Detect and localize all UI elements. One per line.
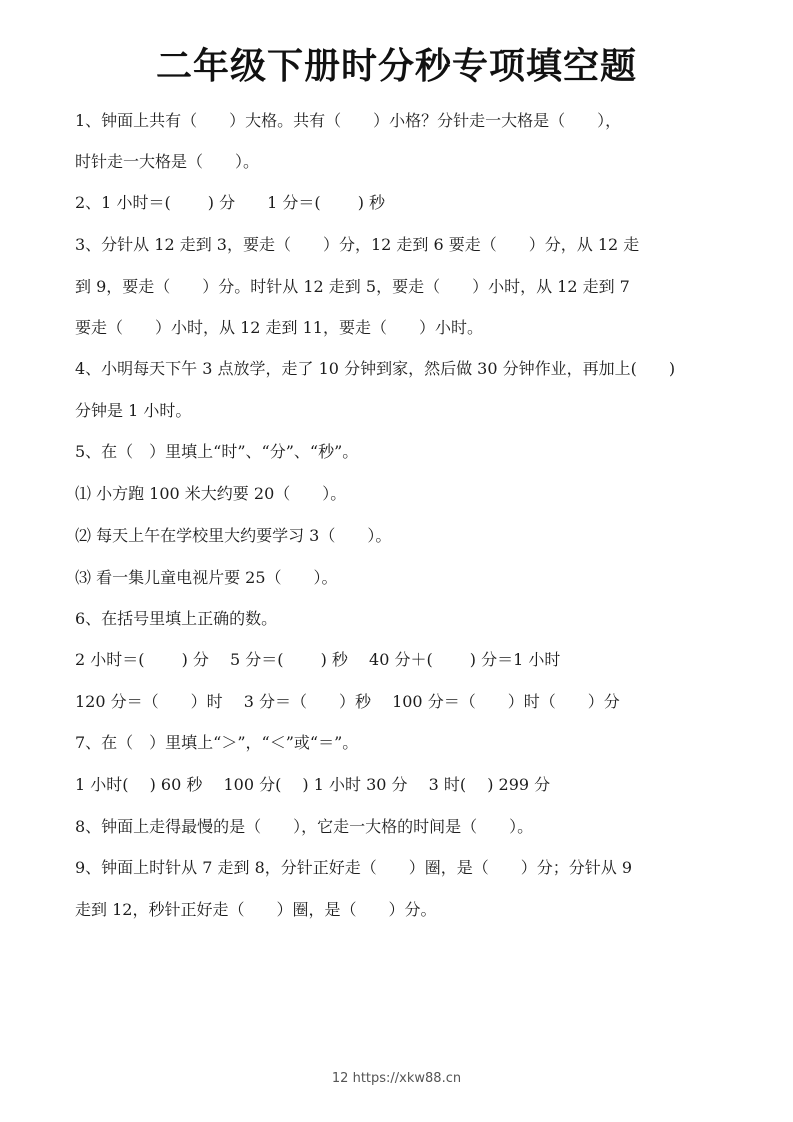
question-line: 1 小时( ) 60 秒 100 分( ) 1 小时 30 分 3 时( ) 2… (75, 775, 550, 795)
question-line: ⑵ 每天上午在学校里大约要学习 3（ ）。 (75, 526, 391, 546)
question-line: 到 9，要走（ ）分。时针从 12 走到 5，要走（ ）小时，从 12 走到 7 (75, 277, 630, 297)
page-footer: 12 https://xkw88.cn (0, 1071, 793, 1086)
question-line: 4、小明每天下午 3 点放学，走了 10 分钟到家，然后做 30 分钟作业，再加… (75, 359, 675, 379)
question-line: 8、钟面上走得最慢的是（ ），它走一大格的时间是（ ）。 (75, 817, 533, 837)
question-line: 3、分针从 12 走到 3，要走（ ）分，12 走到 6 要走（ ）分，从 12… (75, 235, 639, 255)
question-line: ⑴ 小方跑 100 米大约要 20（ ）。 (75, 484, 346, 504)
question-line: 时针走一大格是（ ）。 (75, 152, 259, 172)
question-line: 2、1 小时＝( ) 分 1 分＝( ) 秒 (75, 193, 385, 213)
question-line: 1、钟面上共有（ ）大格。共有（ ）小格？分针走一大格是（ ）， (75, 111, 621, 131)
question-line: 6、在括号里填上正确的数。 (75, 609, 277, 629)
question-line: ⑶ 看一集儿童电视片要 25（ ）。 (75, 568, 338, 588)
question-line: 分钟是 1 小时。 (75, 401, 191, 421)
question-line: 5、在（ ）里填上“时”、“分”、“秒”。 (75, 442, 358, 462)
question-line: 2 小时＝( ) 分 5 分＝( ) 秒 40 分＋( ) 分＝1 小时 (75, 650, 560, 670)
page-title: 二年级下册时分秒专项填空题 (0, 38, 793, 89)
question-line: 7、在（ ）里填上“＞”，“＜”或“＝”。 (75, 733, 358, 753)
question-line: 9、钟面上时针从 7 走到 8，分针正好走（ ）圈，是（ ）分；分针从 9 (75, 858, 632, 878)
question-line: 要走（ ）小时，从 12 走到 11，要走（ ）小时。 (75, 318, 483, 338)
question-line: 120 分＝（ ）时 3 分＝（ ）秒 100 分＝（ ）时（ ）分 (75, 692, 620, 712)
question-line: 走到 12，秒针正好走（ ）圈，是（ ）分。 (75, 900, 436, 920)
